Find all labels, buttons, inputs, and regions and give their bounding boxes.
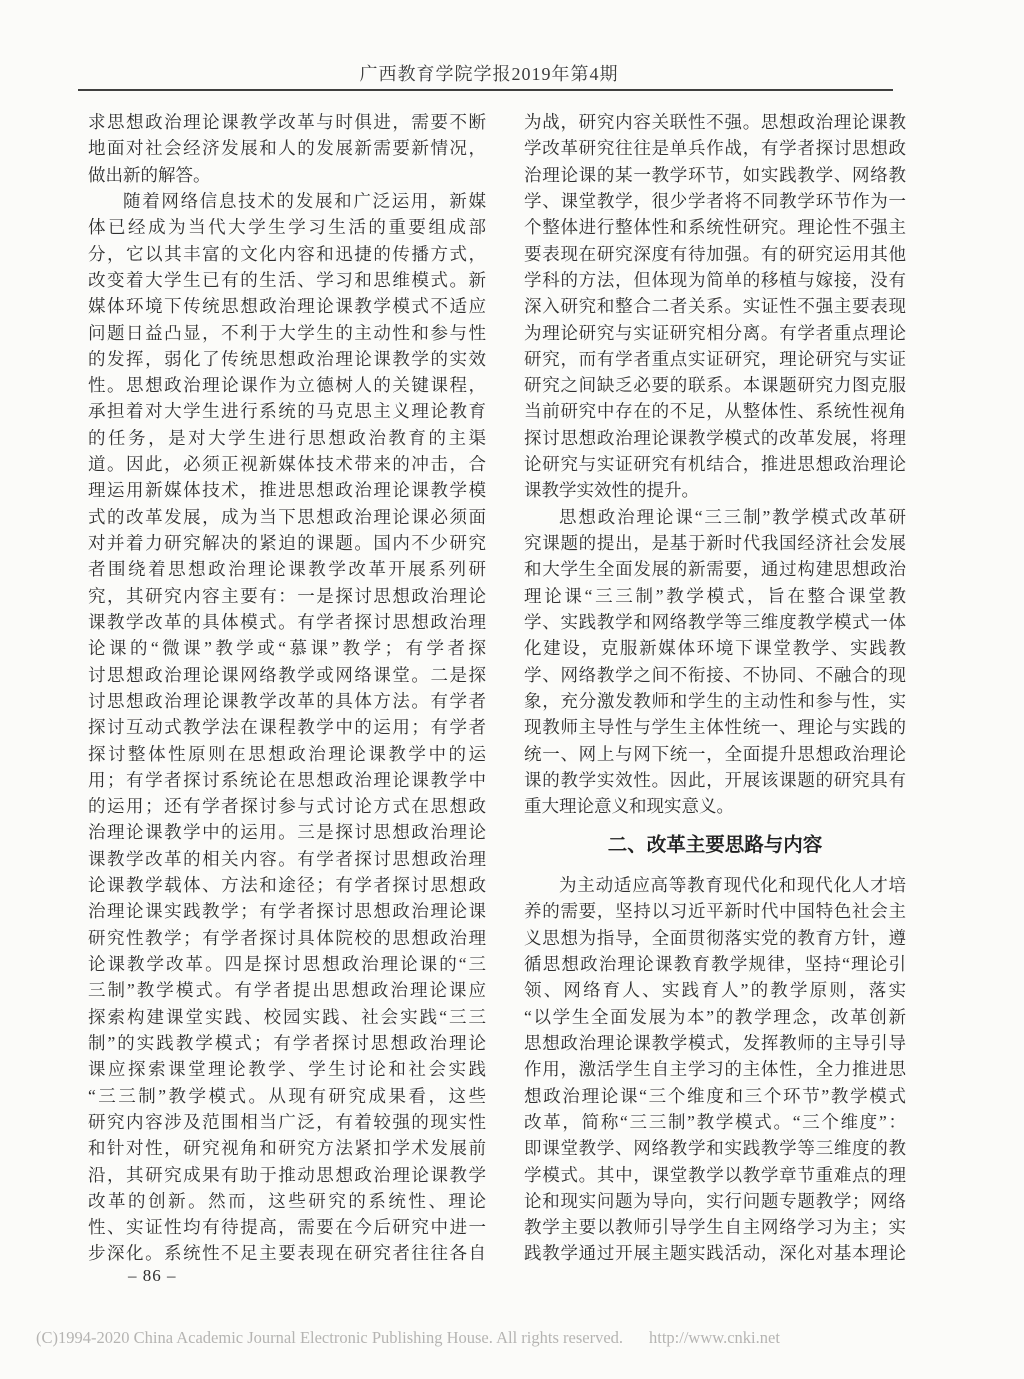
text-line: 化建设，克服新媒体环境下课堂教学、实践教	[524, 635, 906, 661]
text-line: 性、实证性均有待提高，需要在今后研究中进一	[88, 1214, 486, 1240]
text-line: 沿，其研究成果有助于推动思想政治理论课教学	[88, 1162, 486, 1188]
text-line: 道。因此，必须正视新媒体技术带来的冲击，合	[88, 451, 486, 477]
text-line: 用；有学者探讨系统论在思想政治理论课教学中	[88, 767, 486, 793]
left-text-column: 求思想政治理论课教学改革与时俱进，需要不断地面对社会经济发展和人的发展新需要新情…	[88, 109, 486, 1267]
text-line: 课教学改革的具体模式。有学者探讨思想政治理	[88, 609, 486, 635]
text-line: 问题日益凸显，不利于大学生的主动性和参与性	[88, 320, 486, 346]
text-line: 式的改革发展，成为当下思想政治理论课必须面	[88, 504, 486, 530]
text-line: 性。思想政治理论课作为立德树人的关键课程，	[88, 372, 486, 398]
text-line: 探讨互动式教学法在课程教学中的运用；有学者	[88, 714, 486, 740]
text-line: 改革的创新。然而，这些研究的系统性、理论	[88, 1188, 486, 1214]
text-line: 课教学实效性的提升。	[524, 477, 906, 503]
text-line: 循思想政治理论课教育教学规律，坚持“理论引	[524, 951, 906, 977]
text-line: 治理论课实践教学；有学者探讨思想政治理论课	[88, 898, 486, 924]
text-line: 教学主要以教师引导学生自主网络学习为主；实	[524, 1214, 906, 1240]
text-line: 改革，简称“三三制”教学模式。“三个维度”：	[524, 1109, 906, 1135]
text-line: 分，它以其丰富的文化内容和迅捷的传播方式，	[88, 241, 486, 267]
text-line: 究课题的提出，是基于新时代我国经济社会发展	[524, 530, 906, 556]
text-line: 养的需要，坚持以习近平新时代中国特色社会主	[524, 898, 906, 924]
footer-copyright-text: (C)1994-2020 China Academic Journal Elec…	[36, 1328, 623, 1347]
text-line: 为战，研究内容关联性不强。思想政治理论课教	[524, 109, 906, 135]
section-heading: 二、改革主要思路与内容	[524, 819, 906, 872]
text-line: 求思想政治理论课教学改革与时俱进，需要不断	[88, 109, 486, 135]
text-line: 统一、网上与网下统一，全面提升思想政治理论	[524, 741, 906, 767]
text-line: 和针对性，研究视角和研究方法紧扣学术发展前	[88, 1135, 486, 1161]
text-line: 个整体进行整体性和系统性研究。理论性不强主	[524, 214, 906, 240]
text-line: 的任务，是对大学生进行思想政治教育的主渠	[88, 425, 486, 451]
text-line: 者围绕着思想政治理论课教学改革开展系列研	[88, 556, 486, 582]
text-line: 为主动适应高等教育现代化和现代化人才培	[524, 872, 906, 898]
text-line: 研究内容涉及范围相当广泛，有着较强的现实性	[88, 1109, 486, 1135]
text-line: 论和现实问题为导向，实行问题专题教学；网络	[524, 1188, 906, 1214]
text-line: 学模式。其中，课堂教学以教学章节重难点的理	[524, 1162, 906, 1188]
journal-header-title: 广西教育学院学报2019年第4期	[78, 60, 900, 86]
text-line: 做出新的解答。	[88, 162, 486, 188]
text-line: 究，其研究内容主要有：一是探讨思想政治理论	[88, 583, 486, 609]
text-line: 践教学通过开展主题实践活动，深化对基本理论	[524, 1240, 906, 1266]
text-line: 的发挥，弱化了传统思想政治理论课教学的实效	[88, 346, 486, 372]
text-line: 理运用新媒体技术，推进思想政治理论课教学模	[88, 477, 486, 503]
journal-page: 广西教育学院学报2019年第4期 求思想政治理论课教学改革与时俱进，需要不断地面…	[0, 0, 1024, 1379]
text-line: 地面对社会经济发展和人的发展新需要新情况，	[88, 135, 486, 161]
text-line: 的运用；还有学者探讨参与式讨论方式在思想政	[88, 793, 486, 819]
text-line: 媒体环境下传统思想政治理论课教学模式不适应	[88, 293, 486, 319]
text-line: 探索构建课堂实践、校园实践、社会实践“三三	[88, 1004, 486, 1030]
text-line: 学、实践教学和网络教学等三维度教学模式一体	[524, 609, 906, 635]
text-line: 对并着力研究解决的紧迫的课题。国内不少研究	[88, 530, 486, 556]
text-line: 学改革研究往往是单兵作战，有学者探讨思想政	[524, 135, 906, 161]
text-line: 体已经成为当代大学生学习生活的重要组成部	[88, 214, 486, 240]
text-line: “以学生全面发展为本”的教学理念，改革创新	[524, 1004, 906, 1030]
text-line: 制”的实践教学模式；有学者探讨思想政治理论	[88, 1030, 486, 1056]
page-number: – 86 –	[128, 1266, 177, 1286]
text-line: 研究性教学；有学者探讨具体院校的思想政治理	[88, 925, 486, 951]
text-line: 象，充分激发教师和学生的主动性和参与性，实	[524, 688, 906, 714]
text-line: 思想政治理论课“三三制”教学模式改革研	[524, 504, 906, 530]
header-rule-divider	[78, 89, 893, 91]
text-line: 为理论研究与实证研究相分离。有学者重点理论	[524, 320, 906, 346]
text-line: 治理论课的某一教学环节，如实践教学、网络教	[524, 162, 906, 188]
text-line: 治理论课教学中的运用。三是探讨思想政治理论	[88, 819, 486, 845]
text-line: 深入研究和整合二者关系。实证性不强主要表现	[524, 293, 906, 319]
text-line: 思想政治理论课教学模式，发挥教师的主导引导	[524, 1030, 906, 1056]
text-line: 现教师主导性与学生主体性统一、理论与实践的	[524, 714, 906, 740]
text-line: 论研究与实证研究有机结合，推进思想政治理论	[524, 451, 906, 477]
text-line: 课教学改革的相关内容。有学者探讨思想政治理	[88, 846, 486, 872]
text-line: 论课的“微课”教学或“慕课”教学；有学者探	[88, 635, 486, 661]
right-text-column: 为战，研究内容关联性不强。思想政治理论课教学改革研究往往是单兵作战，有学者探讨思…	[524, 109, 906, 1267]
footer-url: http://www.cnki.net	[649, 1328, 780, 1347]
text-line: “三三制”教学模式。从现有研究成果看，这些	[88, 1083, 486, 1109]
text-line: 和大学生全面发展的新需要，通过构建思想政治	[524, 556, 906, 582]
footer-watermark: (C)1994-2020 China Academic Journal Elec…	[36, 1328, 996, 1348]
text-line: 研究，而有学者重点实证研究，理论研究与实证	[524, 346, 906, 372]
text-line: 学、课堂教学，很少学者将不同教学环节作为一	[524, 188, 906, 214]
text-line: 义思想为指导，全面贯彻落实党的教育方针，遵	[524, 925, 906, 951]
text-line: 改变着大学生已有的生活、学习和思维模式。新	[88, 267, 486, 293]
text-line: 当前研究中存在的不足，从整体性、系统性视角	[524, 398, 906, 424]
text-line: 领、网络育人、实践育人”的教学原则，落实	[524, 977, 906, 1003]
text-line: 想政治理论课“三个维度和三个环节”教学模式	[524, 1083, 906, 1109]
text-line: 课的教学实效性。因此，开展该课题的研究具有	[524, 767, 906, 793]
text-line: 探讨整体性原则在思想政治理论课教学中的运	[88, 741, 486, 767]
text-line: 研究之间缺乏必要的联系。本课题研究力图克服	[524, 372, 906, 398]
text-line: 要表现在研究深度有待加强。有的研究运用其他	[524, 241, 906, 267]
text-line: 重大理论意义和现实意义。	[524, 793, 906, 819]
text-line: 讨思想政治理论课网络教学或网络课堂。二是探	[88, 662, 486, 688]
text-line: 理论课“三三制”教学模式，旨在整合课堂教	[524, 583, 906, 609]
text-line: 承担着对大学生进行系统的马克思主义理论教育	[88, 398, 486, 424]
text-line: 探讨思想政治理论课教学模式的改革发展，将理	[524, 425, 906, 451]
text-line: 作用，激活学生自主学习的主体性，全力推进思	[524, 1056, 906, 1082]
text-line: 论课教学载体、方法和途径；有学者探讨思想政	[88, 872, 486, 898]
text-line: 课应探索课堂理论教学、学生讨论和社会实践	[88, 1056, 486, 1082]
text-line: 随着网络信息技术的发展和广泛运用，新媒	[88, 188, 486, 214]
text-line: 三制”教学模式。有学者提出思想政治理论课应	[88, 977, 486, 1003]
text-line: 即课堂教学、网络教学和实践教学等三维度的教	[524, 1135, 906, 1161]
text-line: 学、网络教学之间不衔接、不协同、不融合的现	[524, 662, 906, 688]
text-line: 学科的方法，但体现为简单的移植与嫁接，没有	[524, 267, 906, 293]
text-line: 论课教学改革。四是探讨思想政治理论课的“三	[88, 951, 486, 977]
text-line: 讨思想政治理论课教学改革的具体方法。有学者	[88, 688, 486, 714]
text-line: 步深化。系统性不足主要表现在研究者往往各自	[88, 1240, 486, 1266]
